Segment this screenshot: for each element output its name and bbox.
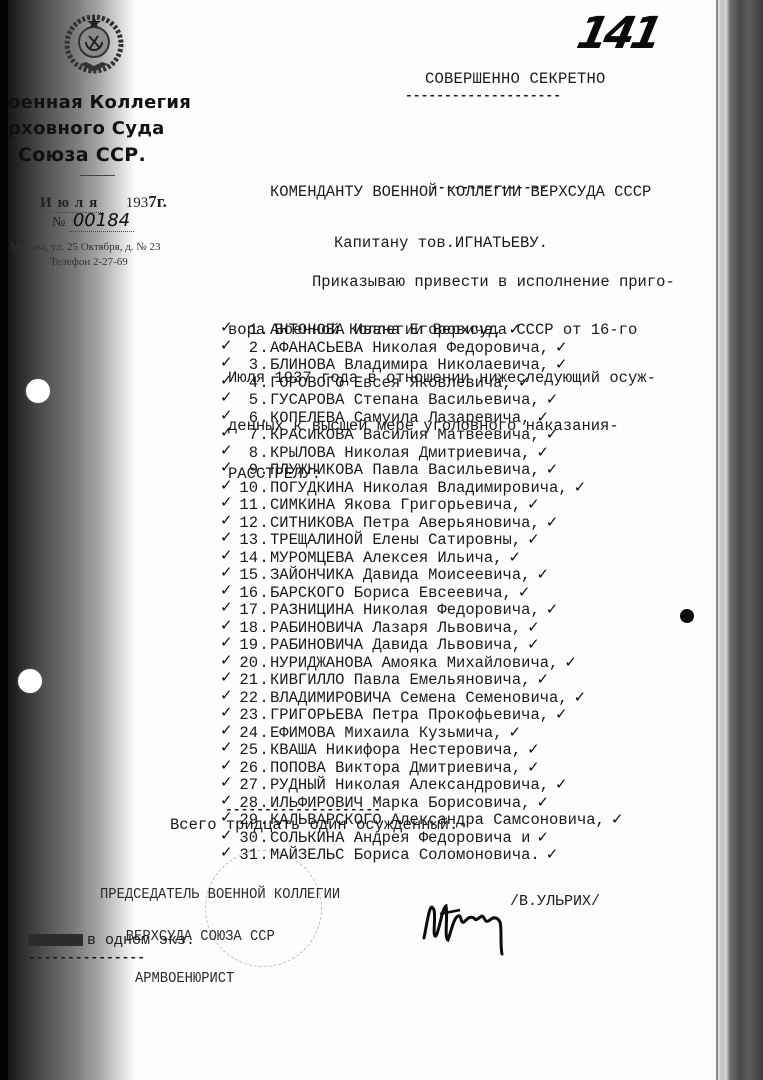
convict-row: ✓17.РАЗНИЦИНА Николая Федоровича,✓ — [238, 601, 623, 619]
check-mark-icon: ✓ — [220, 757, 233, 774]
check-mark-icon: ✓ — [540, 390, 559, 408]
chairman-line-3: АРМВОЕНЮРИСТ — [100, 972, 340, 986]
number-separator: . — [258, 655, 270, 672]
number-separator: . — [258, 707, 270, 724]
number-separator: . — [258, 620, 270, 637]
check-mark-icon: ✓ — [530, 443, 549, 461]
check-mark-icon: ✓ — [220, 599, 233, 616]
convict-name: ГРИГОРЬЕВА Петра Прокофьевича, — [270, 706, 549, 724]
divider-dashes: --------------- — [430, 180, 547, 195]
check-mark-icon: ✓ — [220, 634, 233, 651]
order-line-1: Приказываю привести в исполнение приго- — [228, 274, 675, 290]
convict-number: 4 — [238, 375, 258, 392]
check-mark-icon: ✓ — [521, 758, 540, 776]
check-mark-icon: ✓ — [220, 389, 233, 406]
number-separator: . — [258, 550, 270, 567]
check-mark-icon: ✓ — [521, 495, 540, 513]
check-mark-icon: ✓ — [220, 564, 233, 581]
number-separator: . — [258, 637, 270, 654]
check-mark-icon: ✓ — [220, 512, 233, 529]
convict-row: ✓5.ГУСАРОВА Степана Васильевича,✓ — [238, 391, 623, 409]
check-mark-icon: ✓ — [220, 669, 233, 686]
convict-number: 6 — [238, 410, 258, 427]
number-separator: . — [258, 357, 270, 374]
number-separator: . — [258, 497, 270, 514]
convict-row: ✓11.СИМКИНА Якова Григорьевича,✓ — [238, 496, 623, 514]
check-mark-icon: ✓ — [549, 355, 568, 373]
convict-row: ✓7.КРАСИКОВА Василия Матвеевича,✓ — [238, 426, 623, 444]
smudged-text — [28, 934, 83, 946]
check-mark-icon: ✓ — [220, 407, 233, 424]
convict-name: АФАНАСЬЕВА Николая Федоровича, — [270, 339, 549, 357]
reg-number: 00184 — [69, 210, 134, 232]
check-mark-icon: ✓ — [530, 670, 549, 688]
date-year-suffix: 7г. — [148, 192, 167, 211]
convict-number: 12 — [238, 515, 258, 532]
convict-number: 9 — [238, 462, 258, 479]
convict-row: ✓10.ПОГУДКИНА Николая Владимировича,✓ — [238, 479, 623, 497]
check-mark-icon: ✓ — [220, 547, 233, 564]
punch-hole-top — [26, 379, 50, 403]
document-page: оенная Коллегия рховного Суда Союза ССР.… — [0, 0, 763, 1080]
scan-edge-left — [0, 0, 8, 1080]
convict-number: 1 — [238, 322, 258, 339]
check-mark-icon: ✓ — [540, 845, 559, 863]
check-mark-icon: ✓ — [220, 617, 233, 634]
number-separator: . — [258, 410, 270, 427]
check-mark-icon: ✓ — [568, 478, 587, 496]
number-separator: . — [258, 340, 270, 357]
convict-row: ✓9.ПЛУЖНИКОВА Павла Васильевича,✓ — [238, 461, 623, 479]
convict-number: 22 — [238, 690, 258, 707]
check-mark-icon: ✓ — [220, 652, 233, 669]
check-mark-icon: ✓ — [540, 425, 559, 443]
convict-number: 24 — [238, 725, 258, 742]
convict-number: 19 — [238, 637, 258, 654]
check-mark-icon: ✓ — [521, 635, 540, 653]
check-mark-icon: ✓ — [549, 338, 568, 356]
convict-name: РАБИНОВИЧА Давида Львовича, — [270, 636, 521, 654]
check-mark-icon: ✓ — [220, 582, 233, 599]
convict-row: ✓25.КВАША Никифора Нестеровича,✓ — [238, 741, 623, 759]
convict-number: 26 — [238, 760, 258, 777]
convict-name: КОПЕЛЕВА Самуила Лазаревича, — [270, 409, 530, 427]
check-mark-icon: ✓ — [512, 583, 531, 601]
ink-blot — [680, 609, 694, 623]
convict-row: ✓22.ВЛАДИМИРОВИЧА Семена Семеновича,✓ — [238, 689, 623, 707]
convict-name: КРАСИКОВА Василия Матвеевича, — [270, 426, 540, 444]
registration-number: № 00184 — [52, 210, 134, 231]
date-month: Июля — [40, 195, 103, 211]
divider-dashes: --------------- — [28, 950, 145, 965]
check-mark-icon: ✓ — [503, 723, 522, 741]
check-mark-icon: ✓ — [558, 653, 577, 671]
convict-number: 16 — [238, 585, 258, 602]
convict-name: ПОПОВА Виктора Дмитриевича, — [270, 759, 521, 777]
number-separator: . — [258, 602, 270, 619]
total-count: Всего тридцать один осужденный.- — [170, 816, 468, 834]
convict-row: ✓27.РУДНЫЙ Николая Александровича,✓ — [238, 776, 623, 794]
check-mark-icon: ✓ — [568, 688, 587, 706]
convict-row: ✓24.ЕФИМОВА Михаила Кузьмича,✓ — [238, 724, 623, 742]
check-mark-icon: ✓ — [521, 618, 540, 636]
convict-name: НУРИДЖАНОВА Амояка Михайловича, — [270, 654, 558, 672]
copies-note: в одном экз. — [28, 932, 195, 949]
convict-number: 27 — [238, 777, 258, 794]
number-separator: . — [258, 392, 270, 409]
convict-row: ✓12.СИТНИКОВА Петра Аверьяновича,✓ — [238, 514, 623, 532]
check-mark-icon: ✓ — [549, 775, 568, 793]
check-mark-icon: ✓ — [530, 408, 549, 426]
convict-name: ПЛУЖНИКОВА Павла Васильевича, — [270, 461, 540, 479]
number-separator: . — [258, 462, 270, 479]
organization-name: оенная Коллегия рховного Суда Союза ССР. — [8, 90, 208, 168]
convict-number: 14 — [238, 550, 258, 567]
convict-number: 3 — [238, 357, 258, 374]
check-mark-icon: ✓ — [605, 810, 624, 828]
number-separator: . — [258, 742, 270, 759]
convict-name: РУДНЫЙ Николая Александровича, — [270, 776, 549, 794]
convict-row: ✓21.КИВГИЛЛО Павла Емельяновича,✓ — [238, 671, 623, 689]
convict-list: ✓1.АНТОНОВА Ивана Егоровича,✓✓2.АФАНАСЬЕ… — [238, 321, 623, 864]
check-mark-icon: ✓ — [540, 460, 559, 478]
check-mark-icon: ✓ — [549, 705, 568, 723]
convict-number: 7 — [238, 427, 258, 444]
convict-row: ✓23.ГРИГОРЬЕВА Петра Прокофьевича,✓ — [238, 706, 623, 724]
convict-row: ✓1.АНТОНОВА Ивана Егоровича,✓ — [238, 321, 623, 339]
convict-name: БЛИНОВА Владимира Николаевича, — [270, 356, 549, 374]
handwritten-page-number: 141 — [573, 8, 664, 59]
number-separator: . — [258, 567, 270, 584]
convict-name: СИТНИКОВА Петра Аверьяновича, — [270, 514, 540, 532]
number-separator: . — [258, 777, 270, 794]
convict-number: 23 — [238, 707, 258, 724]
number-separator: . — [258, 375, 270, 392]
convict-name: ВЛАДИМИРОВИЧА Семена Семеновича, — [270, 689, 568, 707]
check-mark-icon: ✓ — [220, 354, 233, 371]
check-mark-icon: ✓ — [220, 442, 233, 459]
check-mark-icon: ✓ — [540, 600, 559, 618]
check-mark-icon: ✓ — [530, 828, 549, 846]
org-line-3: Союза ССР. — [8, 142, 208, 168]
number-separator: . — [258, 515, 270, 532]
number-separator: . — [258, 427, 270, 444]
convict-name: ПОГУДКИНА Николая Владимировича, — [270, 479, 568, 497]
divider-dashes: -------------------- — [405, 88, 561, 103]
check-mark-icon: ✓ — [220, 844, 233, 861]
convict-row: ✓15.ЗАЙОНЧИКА Давида Моисеевича,✓ — [238, 566, 623, 584]
check-mark-icon: ✓ — [220, 494, 233, 511]
convict-row: ✓19.РАБИНОВИЧА Давида Львовича,✓ — [238, 636, 623, 654]
check-mark-icon: ✓ — [220, 739, 233, 756]
check-mark-icon: ✓ — [220, 774, 233, 791]
org-line-1: оенная Коллегия — [8, 90, 208, 116]
convict-name: ГОРОВОГО Евсея Яковлевича, — [270, 374, 512, 392]
number-separator: . — [258, 322, 270, 339]
number-separator: . — [258, 690, 270, 707]
convict-name: БАРСКОГО Бориса Евсеевича, — [270, 584, 512, 602]
convict-row: ✓2.АФАНАСЬЕВА Николая Федоровича,✓ — [238, 339, 623, 357]
convict-name: КВАША Никифора Нестеровича, — [270, 741, 521, 759]
org-line-2: рховного Суда — [8, 116, 208, 142]
number-separator: . — [258, 725, 270, 742]
convict-number: 13 — [238, 532, 258, 549]
convict-number: 18 — [238, 620, 258, 637]
convict-row: ✓4.ГОРОВОГО Евсея Яковлевича,✓ — [238, 374, 623, 392]
letterhead-rule — [80, 175, 115, 176]
org-address: Москва, ул. 25 Октября, д. № 23 Телефон … — [10, 240, 161, 270]
check-mark-icon: ✓ — [220, 319, 233, 336]
convict-number: 5 — [238, 392, 258, 409]
binding-strip-right — [718, 0, 763, 1080]
convict-row: ✓8.КРЫЛОВА Николая Дмитриевича,✓ — [238, 444, 623, 462]
convict-number: 10 — [238, 480, 258, 497]
check-mark-icon: ✓ — [540, 513, 559, 531]
convict-name: ЗАЙОНЧИКА Давида Моисеевича, — [270, 566, 530, 584]
check-mark-icon: ✓ — [530, 793, 549, 811]
convict-number: 2 — [238, 340, 258, 357]
convict-row: ✓20.НУРИДЖАНОВА Амояка Михайловича,✓ — [238, 654, 623, 672]
convict-name: ГУСАРОВА Степана Васильевича, — [270, 391, 540, 409]
punch-hole-bottom — [18, 669, 42, 693]
classification-heading: СОВЕРШЕННО СЕКРЕТНО — [425, 70, 606, 88]
convict-row: ✓18.РАБИНОВИЧА Лазаря Львовича,✓ — [238, 619, 623, 637]
convict-name: КИВГИЛЛО Павла Емельяновича, — [270, 671, 530, 689]
check-mark-icon: ✓ — [503, 548, 522, 566]
chairman-line-1: ПРЕДСЕДАТЕЛЬ ВОЕННОЙ КОЛЛЕГИИ — [100, 888, 340, 902]
number-separator: . — [258, 585, 270, 602]
copies-text: в одном экз. — [87, 932, 195, 949]
convict-row: ✓16.БАРСКОГО Бориса Евсеевича,✓ — [238, 584, 623, 602]
check-mark-icon: ✓ — [521, 740, 540, 758]
convict-row: ✓13.ТРЕЩАЛИНОЙ Елены Сатировны,✓ — [238, 531, 623, 549]
number-separator: . — [258, 480, 270, 497]
divider-dashes: -------------------- — [225, 802, 381, 817]
convict-row: ✓3.БЛИНОВА Владимира Николаевича,✓ — [238, 356, 623, 374]
convict-name: РАЗНИЦИНА Николая Федоровича, — [270, 601, 540, 619]
convict-number: 20 — [238, 655, 258, 672]
check-mark-icon: ✓ — [220, 477, 233, 494]
check-mark-icon: ✓ — [220, 372, 233, 389]
address-line: Москва, ул. 25 Октября, д. № 23 — [10, 240, 161, 255]
ussr-coat-of-arms-icon — [62, 14, 126, 76]
convict-name: ЕФИМОВА Михаила Кузьмича, — [270, 724, 503, 742]
convict-name: МУРОМЦЕВА Алексея Ильича, — [270, 549, 503, 567]
reg-prefix: № — [52, 215, 65, 230]
convict-number: 21 — [238, 672, 258, 689]
convict-row: ✓26.ПОПОВА Виктора Дмитриевича,✓ — [238, 759, 623, 777]
convict-name: КРЫЛОВА Николая Дмитриевича, — [270, 444, 530, 462]
number-separator: . — [258, 532, 270, 549]
convict-number: 17 — [238, 602, 258, 619]
check-mark-icon: ✓ — [220, 722, 233, 739]
convict-number: 15 — [238, 567, 258, 584]
convict-number: 8 — [238, 445, 258, 462]
convict-name: РАБИНОВИЧА Лазаря Львовича, — [270, 619, 521, 637]
convict-row: ✓14.МУРОМЦЕВА Алексея Ильича,✓ — [238, 549, 623, 567]
check-mark-icon: ✓ — [530, 565, 549, 583]
check-mark-icon: ✓ — [220, 529, 233, 546]
number-separator: . — [258, 672, 270, 689]
check-mark-icon: ✓ — [220, 337, 233, 354]
convict-number: 11 — [238, 497, 258, 514]
convict-number: 25 — [238, 742, 258, 759]
date-year-prefix: 193 — [126, 195, 149, 211]
check-mark-icon: ✓ — [220, 459, 233, 476]
convict-name: АНТОНОВА Ивана Егоровича, — [270, 321, 503, 339]
number-separator: . — [258, 445, 270, 462]
check-mark-icon: ✓ — [220, 687, 233, 704]
check-mark-icon: ✓ — [503, 320, 522, 338]
check-mark-icon: ✓ — [220, 424, 233, 441]
phone-line: Телефон 2-27-69 — [10, 255, 161, 270]
check-mark-icon: ✓ — [512, 373, 531, 391]
convict-name: СИМКИНА Якова Григорьевича, — [270, 496, 521, 514]
check-mark-icon: ✓ — [521, 530, 540, 548]
convict-row: ✓6.КОПЕЛЕВА Самуила Лазаревича,✓ — [238, 409, 623, 427]
check-mark-icon: ✓ — [220, 704, 233, 721]
signer-name: /В.УЛЬРИХ/ — [510, 893, 600, 910]
number-separator: . — [258, 760, 270, 777]
convict-name: ТРЕЩАЛИНОЙ Елены Сатировны, — [270, 531, 521, 549]
